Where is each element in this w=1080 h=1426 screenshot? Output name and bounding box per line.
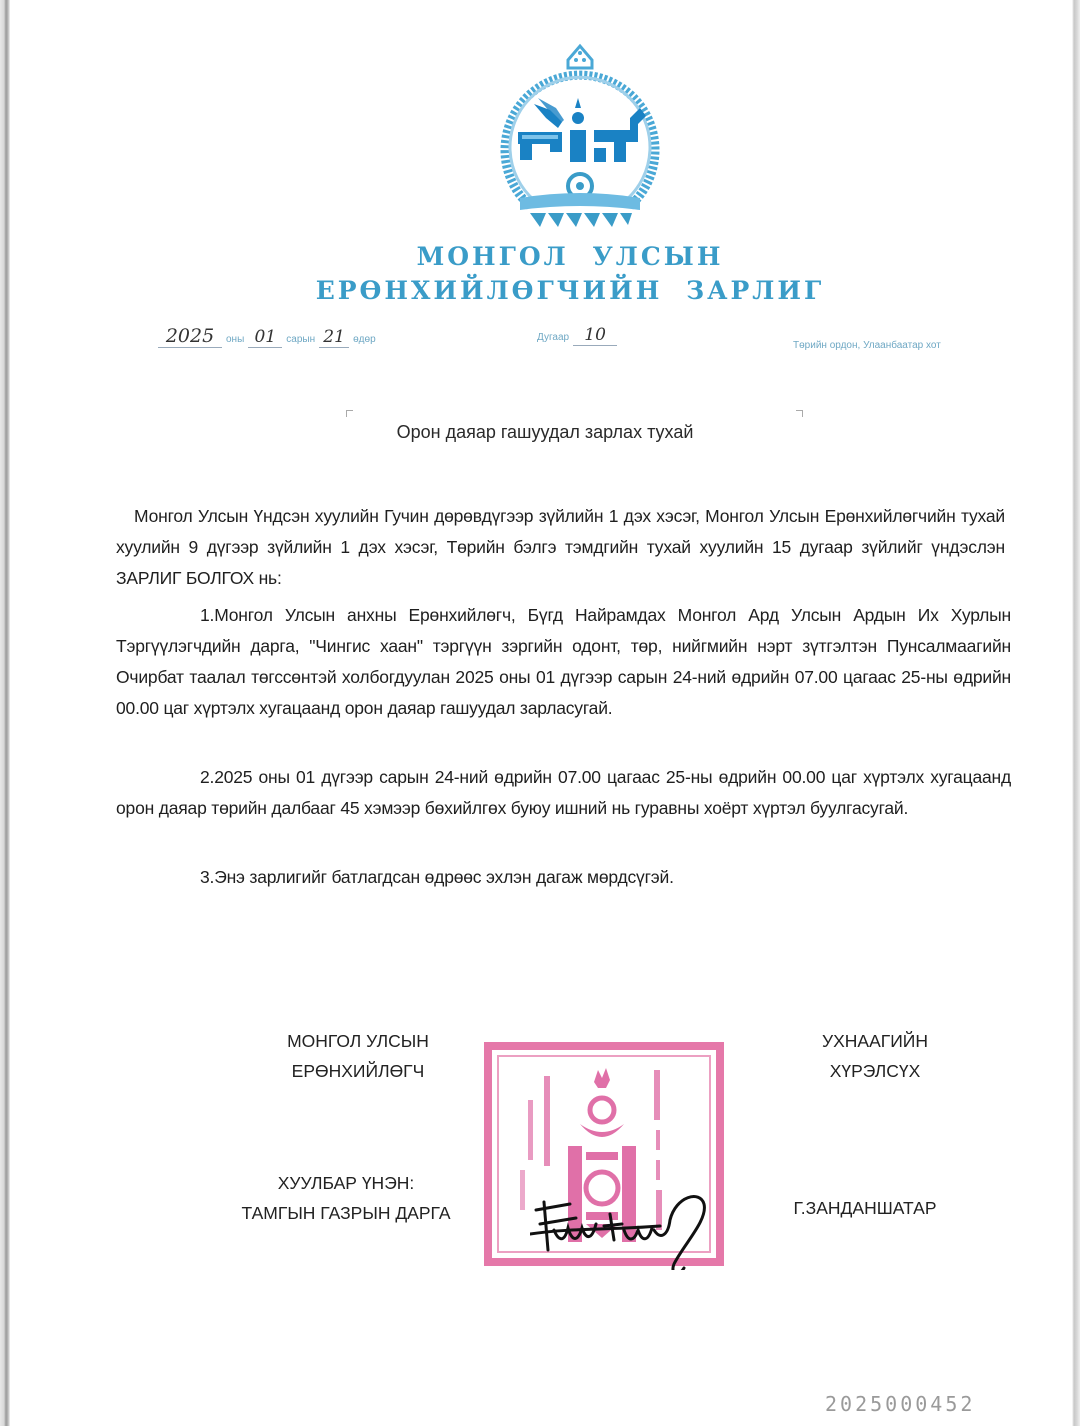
clause-3-text: 3.Энэ зарлигийг батлагдсан өдрөөс эхлэн … [116, 862, 1011, 893]
scan-edge-right [1072, 0, 1080, 1426]
day-value: 21 [319, 327, 349, 348]
document-title-line-1: МОНГОЛ УЛСЫН [30, 242, 1080, 271]
document-title-line-2: ЕРӨНХИЙЛӨГЧИЙН ЗАРЛИГ [30, 276, 1080, 305]
clause-1-text: 1.Монгол Улсын анхны Ерөнхийлөгч, Бүгд Н… [116, 600, 1011, 724]
preamble-paragraph: Монгол Улсын Үндсэн хуулийн Гучин дөрөвд… [190, 501, 1005, 594]
certification-line-1: ХУУЛБАР ҮНЭН: [206, 1168, 486, 1198]
decree-number: Дугаар10 [537, 325, 617, 346]
number-value: 10 [573, 325, 617, 346]
president-name-line-2: ХҮРЭЛСҮХ [780, 1056, 970, 1086]
clause-3: 3.Энэ зарлигийг батлагдсан өдрөөс эхлэн … [116, 862, 1011, 893]
year-value: 2025 [158, 325, 222, 348]
president-name: УХНААГИЙН ХҮРЭЛСҮХ [780, 1026, 970, 1086]
signature-mark [530, 1190, 750, 1270]
document-serial-number: 2025000452 [825, 1392, 975, 1416]
date-line: 2025оны01сарын21өдөр [158, 325, 380, 348]
president-title: МОНГОЛ УЛСЫН ЕРӨНХИЙЛӨГЧ [258, 1026, 458, 1086]
state-emblem-icon [490, 38, 670, 233]
clause-1: 1.Монгол Улсын анхны Ерөнхийлөгч, Бүгд Н… [116, 600, 1011, 724]
preamble-text: Монгол Улсын Үндсэн хуулийн Гучин дөрөвд… [116, 501, 1005, 594]
number-label: Дугаар [537, 332, 569, 343]
month-label: сарын [286, 334, 315, 345]
scan-edge-left [0, 0, 10, 1426]
president-name-line-1: УХНААГИЙН [780, 1026, 970, 1056]
month-value: 01 [248, 327, 282, 348]
president-title-line-2: ЕРӨНХИЙЛӨГЧ [258, 1056, 458, 1086]
clause-2: 2.2025 оны 01 дүгээр сарын 24-ний өдрийн… [116, 762, 1011, 824]
certification-line-2: ТАМГЫН ГАЗРЫН ДАРГА [206, 1198, 486, 1228]
clause-2-text: 2.2025 оны 01 дүгээр сарын 24-ний өдрийн… [116, 762, 1011, 824]
certifier-name: Г.ЗАНДАНШАТАР [760, 1193, 970, 1223]
subject-bracket-left [346, 410, 353, 417]
year-label: оны [226, 334, 244, 345]
subject-bracket-right [796, 410, 803, 417]
day-label: өдөр [353, 334, 376, 345]
certification-title: ХУУЛБАР ҮНЭН: ТАМГЫН ГАЗРЫН ДАРГА [206, 1168, 486, 1228]
president-title-line-1: МОНГОЛ УЛСЫН [258, 1026, 458, 1056]
decree-subject: Орон даяар гашуудал зарлах тухай [0, 422, 1080, 443]
place-text: Төрийн ордон, Улаанбаатар хот [793, 340, 941, 351]
